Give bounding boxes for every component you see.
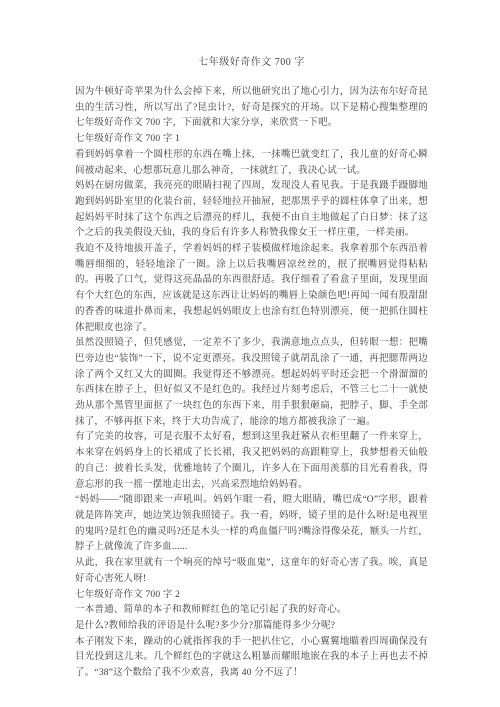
paragraph: “妈妈——”随即跟来一声吼叫。妈妈乍眼一看，瞪大眼睛，嘴巴成“O”字形，跟着就是… <box>75 493 428 556</box>
document-page: 七年级好奇作文 700 字 因为牛顿好奇苹果为什么会掉下来，所以他研究出了地心引… <box>0 0 500 707</box>
document-title: 七年级好奇作文 700 字 <box>75 55 428 71</box>
paragraph: 看到妈妈拿着一个圆柱形的东西在嘴上抹，一抹嘴巴就变红了，我儿童的好奇心瞬间被动起… <box>75 148 428 179</box>
section-heading-1: 七年级好奇作文 700 字 1 <box>75 132 428 148</box>
paragraph: 是什么?教师给我的评语是什么呢?多少分?那篇能得多少分呢? <box>75 619 428 635</box>
paragraph: 妈妈在厨房做菜，我亮亮的眼睛扫视了四周，发现没人看见我。于是我蹑手蹑脚地跑到妈妈… <box>75 179 428 242</box>
intro-paragraph: 因为牛顿好奇苹果为什么会掉下来，所以他研究出了地心引力，因为法布尔好奇昆虫的生活… <box>75 85 428 132</box>
document-content: 七年级好奇作文 700 字 因为牛顿好奇苹果为什么会掉下来，所以他研究出了地心引… <box>0 0 500 682</box>
paragraph: 一本普通、简单的本子和教师鲜红色的笔记引起了我的好奇心。 <box>75 603 428 619</box>
paragraph: 从此，我在家里就有一个响亮的绰号“吸血鬼”，这童年的好奇心害了我。唉，真是好奇心… <box>75 556 428 587</box>
paragraph: 我迫不及待地拔开盖子，学着妈妈的样子装模做样地涂起来。我拿着那个东西沿着嘴唇细细… <box>75 242 428 336</box>
paragraph: 本子刚发下来，躁动的心就指挥我的手一把扒住它，小心翼翼地瞄着四周确保没有目光投到… <box>75 635 428 682</box>
section-heading-2: 七年级好奇作文 700 字 2 <box>75 588 428 604</box>
paragraph: 虽然没照镜子，但凭感觉，一定差不了多少，我满意地点点头，但转眼一想：把嘴巴旁边也… <box>75 336 428 430</box>
paragraph: 有了完美的妆容，可是衣服不太好看，想到这里我赶紧从衣柜里翻了一件来穿上，本来穿在… <box>75 430 428 493</box>
